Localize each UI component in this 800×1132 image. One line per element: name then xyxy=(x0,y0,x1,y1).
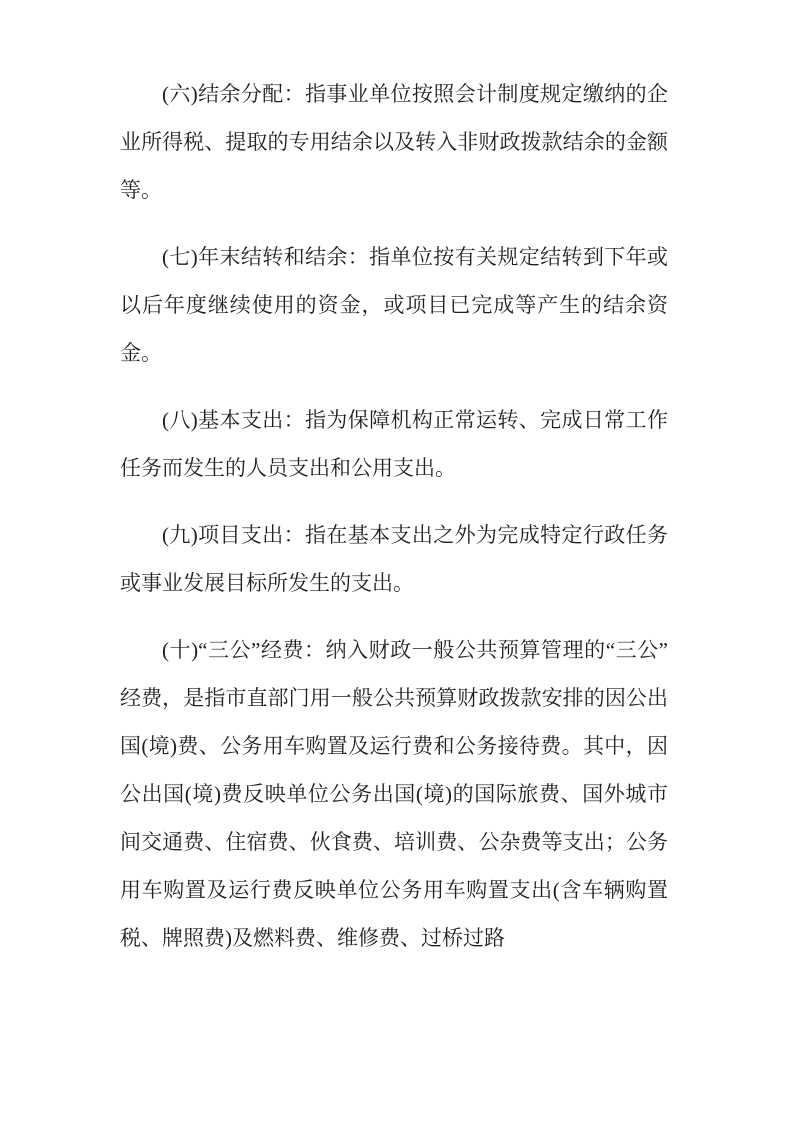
paragraph-item-9-project-expenditure: (九)项目支出：指在基本支出之外为完成特定行政任务或事业发展目标所发生的支出。 xyxy=(120,511,668,607)
paragraph-item-10-three-public-funds: (十)“三公”经费：纳入财政一般公共预算管理的“三公”经费，是指市直部门用一般公… xyxy=(120,626,668,962)
paragraph-item-6-surplus-distribution: (六)结余分配：指事业单位按照会计制度规定缴纳的企业所得税、提取的专用结余以及转… xyxy=(120,70,668,214)
paragraph-item-7-year-end-carryover: (七)年末结转和结余：指单位按有关规定结转到下年或以后年度继续使用的资金，或项目… xyxy=(120,233,668,377)
paragraph-item-8-basic-expenditure: (八)基本支出：指为保障机构正常运转、完成日常工作任务而发生的人员支出和公用支出… xyxy=(120,396,668,492)
document-body: (六)结余分配：指事业单位按照会计制度规定缴纳的企业所得税、提取的专用结余以及转… xyxy=(120,70,668,962)
document-page: (六)结余分配：指事业单位按照会计制度规定缴纳的企业所得税、提取的专用结余以及转… xyxy=(0,0,800,1132)
